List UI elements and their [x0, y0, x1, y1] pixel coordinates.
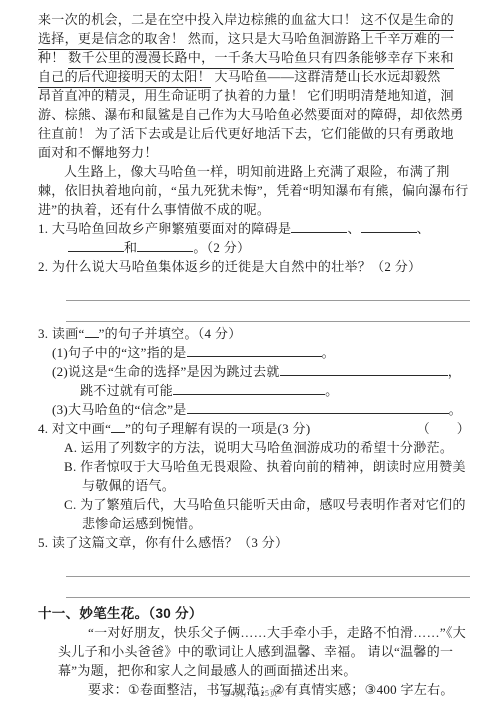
essay-prompt-line: 头儿子和小头爸爸》中的歌词让人感到温馨、幸福。 请以“温馨的一 [58, 642, 470, 661]
section-11-heading: 十一、妙笔生花。（30 分） [38, 604, 470, 623]
text-segment: ， [448, 362, 461, 381]
text-segment: 3. 读画“ [38, 324, 85, 343]
answer-rule [66, 280, 470, 301]
answer-blank [68, 239, 124, 252]
answer-blank [187, 401, 449, 414]
text-segment: 。 [325, 381, 338, 400]
passage-line: 游、棕熊、瀑布和鼠鲨是自己作为大马哈鱼必然要面对的障碍，却依然勇 [38, 105, 470, 124]
question-4-option-b-cont: 与敬佩的语气。 [82, 476, 470, 495]
question-1-line: 和。（2 分） [68, 238, 470, 257]
text-segment: 大马哈鱼——这群清楚山长水远却毅然 [211, 67, 441, 86]
text-segment: “一对好朋友，快乐父子俩……大手牵小手，走路不怕滑……”《大 [88, 623, 466, 642]
passage-line: 棘，依旧执着地向前，“虽九死犹未悔”，凭着“明知瀑布有熊，偏向瀑布行 [38, 181, 470, 200]
text-segment: 游、棕熊、瀑布和鼠鲨是自己作为大马哈鱼必然要面对的障碍，却依然勇 [38, 105, 464, 124]
question-1-line: 1. 大马哈鱼回故乡产卵繁殖要面对的障碍是、、 [38, 219, 470, 238]
text-segment: 。 [449, 400, 462, 419]
question-4-option-a: A. 运用了列数字的方法，说明大马哈鱼洄游成功的希望十分渺茫。 [64, 438, 470, 457]
text-segment: ”的句子并填空。（4 分） [99, 324, 242, 343]
text-segment: 这不仅是生命的 [361, 10, 454, 31]
text-segment: (2)说这是“生命的选择”是因为跳过去就 [52, 362, 280, 381]
exam-page: 来一次的机会，二是在空中投入岸边棕熊的血盆大口！ 这不仅是生命的选择，更是信念的… [0, 0, 500, 707]
text-segment: (1)句子中的“这”指的是 [52, 343, 187, 362]
question-5-line: 5. 读了这篇文章，你有什么感悟？（3 分） [38, 533, 470, 552]
text-segment: 选择，更是信念的取舍！ [38, 29, 184, 50]
answer-blank [111, 420, 125, 433]
text-segment: 头儿子和小头爸爸》中的歌词让人感到温馨、幸福。 请以“温馨的一 [58, 642, 453, 661]
text-segment: 、 [347, 219, 360, 238]
essay-prompt-line: 幕”为题，把你和家人之间最感人的画面描述出来。 [58, 661, 470, 680]
text-segment: 。 [322, 343, 335, 362]
passage-line: 昂首直冲的精灵，用生命证明了执着的力量！ 它们明明清楚地知道，洄 [38, 86, 470, 105]
text-segment: 昂首直冲的精灵，用生命证明了执着的力量！ 它们明明清楚地知道，洄 [38, 86, 454, 105]
passage-line: 自己的后代迎接明天的太阳！ 大马哈鱼——这群清楚山长水远却毅然 [38, 67, 470, 86]
question-3-line: 3. 读画“”的句子并填空。（4 分） [38, 324, 470, 343]
text-segment: 4. 对文中画“ [38, 419, 111, 438]
text-segment: B. 作者惊叹于大马哈鱼无畏艰险、执着向前的精神，朗读时应用赞美 [64, 457, 466, 476]
text-segment: 棘，依旧执着地向前，“虽九死犹未悔”，凭着“明知瀑布有熊，偏向瀑布行 [38, 181, 469, 200]
text-segment: A. 运用了列数字的方法，说明大马哈鱼洄游成功的希望十分渺茫。 [64, 438, 453, 457]
passage-line: 进”的执着，还有什么事情做不成的呢。 [38, 200, 470, 219]
answer-blank [361, 220, 417, 233]
text-segment: 自己的后代迎接明天的太阳！ [38, 67, 211, 88]
question-3-sub2: (2)说这是“生命的选择”是因为跳过去就， [52, 362, 470, 381]
answer-rule [66, 556, 470, 577]
text-segment: 十一、妙笔生花。（30 分） [38, 604, 203, 623]
answer-blank [137, 239, 193, 252]
text-segment: 2. 为什么说大马哈鱼集体返乡的迁徙是大自然中的壮举？（2 分） [38, 257, 421, 276]
text-segment: 往直前！ 为了活下去或是让后代更好地活下去，它们能做的只有勇敢地 [38, 124, 454, 143]
answer-blank [280, 363, 448, 376]
answer-blank [187, 344, 322, 357]
page-footer: 第4页，共25页 [0, 688, 500, 699]
text-segment: 然而，这只是大马哈鱼洄游路上千辛万难的一 [184, 29, 454, 48]
passage-line: 面对和不懈地努力！ [38, 143, 470, 162]
text-segment: （ ） [417, 419, 470, 438]
text-segment: 种！ [38, 48, 68, 67]
answer-blank [291, 220, 347, 233]
document-body: 来一次的机会，二是在空中投入岸边棕熊的血盆大口！ 这不仅是生命的选择，更是信念的… [0, 0, 500, 699]
text-segment: 与敬佩的语气。 [82, 476, 175, 495]
passage-line: 往直前！ 为了活下去或是让后代更好地活下去，它们能做的只有勇敢地 [38, 124, 470, 143]
passage-line: 种！ 数千公里的漫漫长路中，一千条大马哈鱼只有四条能够幸存下来和 [38, 48, 470, 67]
answer-blank [173, 382, 325, 395]
passage-line: 来一次的机会，二是在空中投入岸边棕熊的血盆大口！ 这不仅是生命的 [38, 10, 470, 29]
text-segment: (3)大马哈鱼的“信念”是 [52, 400, 187, 419]
question-2-line: 2. 为什么说大马哈鱼集体返乡的迁徙是大自然中的壮举？（2 分） [38, 257, 470, 276]
question-4-option-b: B. 作者惊叹于大马哈鱼无畏艰险、执着向前的精神，朗读时应用赞美 [64, 457, 470, 476]
text-segment: 数千公里的漫漫长路中，一千条大马哈鱼只有四条能够幸存下来和 [68, 48, 454, 69]
text-segment: 面对和不懈地努力！ [38, 143, 158, 162]
text-segment: 1. 大马哈鱼回故乡产卵繁殖要面对的障碍是 [38, 219, 291, 238]
question-4-option-c-cont: 悲惨命运感到惋惜。 [82, 514, 470, 533]
passage-line: 选择，更是信念的取舍！ 然而，这只是大马哈鱼洄游路上千辛万难的一 [38, 29, 470, 48]
question-3-sub2-cont: 跳不过就有可能。 [80, 381, 470, 400]
answer-blank [85, 325, 99, 338]
passage-line: 人生路上，像大马哈鱼一样，明知前进路上充满了艰险，布满了荆 [64, 162, 470, 181]
text-segment: 和 [124, 238, 137, 257]
question-4-line: 4. 对文中画“”的句子理解有误的一项是(3 分)（ ） [38, 419, 470, 438]
answer-rule [66, 301, 470, 322]
text-segment: ”的句子理解有误的一项是(3 分) [125, 419, 310, 438]
text-segment: 进”的执着，还有什么事情做不成的呢。 [38, 200, 270, 219]
question-3-sub1: (1)句子中的“这”指的是。 [52, 343, 470, 362]
text-segment: 悲惨命运感到惋惜。 [82, 514, 202, 533]
text-segment: 人生路上，像大马哈鱼一样，明知前进路上充满了艰险，布满了荆 [64, 162, 450, 181]
essay-prompt-line: “一对好朋友，快乐父子俩……大手牵小手，走路不怕滑……”《大 [88, 623, 470, 642]
question-4-option-c: C. 为了繁殖后代，大马哈鱼只能听天由命，感叹号表明作者对它们的 [64, 495, 470, 514]
question-3-sub3: (3)大马哈鱼的“信念”是。 [52, 400, 470, 419]
text-segment: 来一次的机会，二是在空中投入岸边棕熊的血盆大口！ [38, 10, 361, 29]
text-segment: 跳不过就有可能 [80, 381, 173, 400]
answer-rule [66, 577, 470, 598]
text-segment: 、 [417, 219, 430, 238]
text-segment: 。（2 分） [193, 238, 250, 257]
text-segment: 幕”为题，把你和家人之间最感人的画面描述出来。 [58, 661, 357, 680]
text-segment: 5. 读了这篇文章，你有什么感悟？（3 分） [38, 533, 288, 552]
text-segment: C. 为了繁殖后代，大马哈鱼只能听天由命，感叹号表明作者对它们的 [64, 495, 466, 514]
